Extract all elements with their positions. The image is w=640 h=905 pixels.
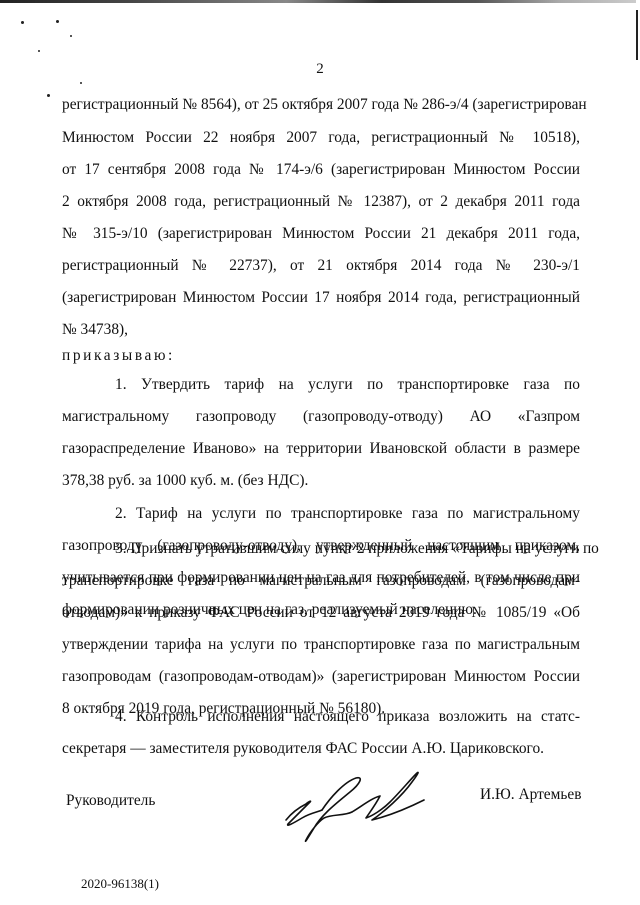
item-3-line: утверждении тарифа на услуги по транспор… <box>62 635 580 655</box>
scan-speck <box>47 94 50 97</box>
item-2-line: 2. Тариф на услуги по транспортировке га… <box>115 504 580 524</box>
signature-icon <box>272 762 432 847</box>
item-3-line: 3. Признать утратившим силу пункт 2 прил… <box>115 539 580 559</box>
order-word: приказываю: <box>62 346 580 366</box>
item-1-line: газораспределение Иваново» на территории… <box>62 439 580 459</box>
preamble-line: 2 октября 2008 года, регистрационный № 1… <box>62 192 580 212</box>
document-page: 2 регистрационный № 8564), от 25 октября… <box>0 0 640 905</box>
item-1-line: 1. Утвердить тариф на услуги по транспор… <box>115 375 580 395</box>
scan-speck <box>70 35 72 37</box>
item-3-line: отводам)» к приказу ФАС России от 12 авг… <box>62 603 580 623</box>
item-1-line: 378,38 руб. за 1000 куб. м. (без НДС). <box>62 471 580 491</box>
preamble-line: регистрационный № 22737), от 21 октября … <box>62 256 580 276</box>
scan-speck <box>38 50 40 52</box>
item-3-line: газопроводам (газопроводам-отводам)» (за… <box>62 667 580 687</box>
scan-speck <box>80 82 82 84</box>
scan-top-edge <box>0 0 636 3</box>
preamble-line: № 34738), <box>62 320 580 340</box>
preamble-line: (зарегистрирован Минюстом России 17 нояб… <box>62 288 580 308</box>
scan-speck <box>56 20 59 23</box>
preamble-line: от 17 сентября 2008 года № 174-э/6 (заре… <box>62 160 580 180</box>
item-1-line: магистральному газопроводу (газопроводу-… <box>62 407 580 427</box>
document-number: 2020-96138(1) <box>81 876 159 892</box>
item-4-line: 4. Контроль исполнения настоящего приказ… <box>115 707 580 727</box>
preamble-line: № 315-э/10 (зарегистрирован Минюстом Рос… <box>62 224 580 244</box>
preamble-line: Минюстом России 22 ноября 2007 года, рег… <box>62 128 580 148</box>
scan-speck <box>21 21 24 24</box>
scan-right-edge <box>636 10 638 60</box>
item-3-line: транспортировке газа по магистральным га… <box>62 571 580 591</box>
item-4-line: секретаря — заместителя руководителя ФАС… <box>62 739 580 759</box>
signer-name: И.Ю. Артемьев <box>480 786 582 804</box>
signer-title: Руководитель <box>66 792 155 810</box>
preamble-line: регистрационный № 8564), от 25 октября 2… <box>62 95 580 115</box>
page-number: 2 <box>0 61 640 78</box>
